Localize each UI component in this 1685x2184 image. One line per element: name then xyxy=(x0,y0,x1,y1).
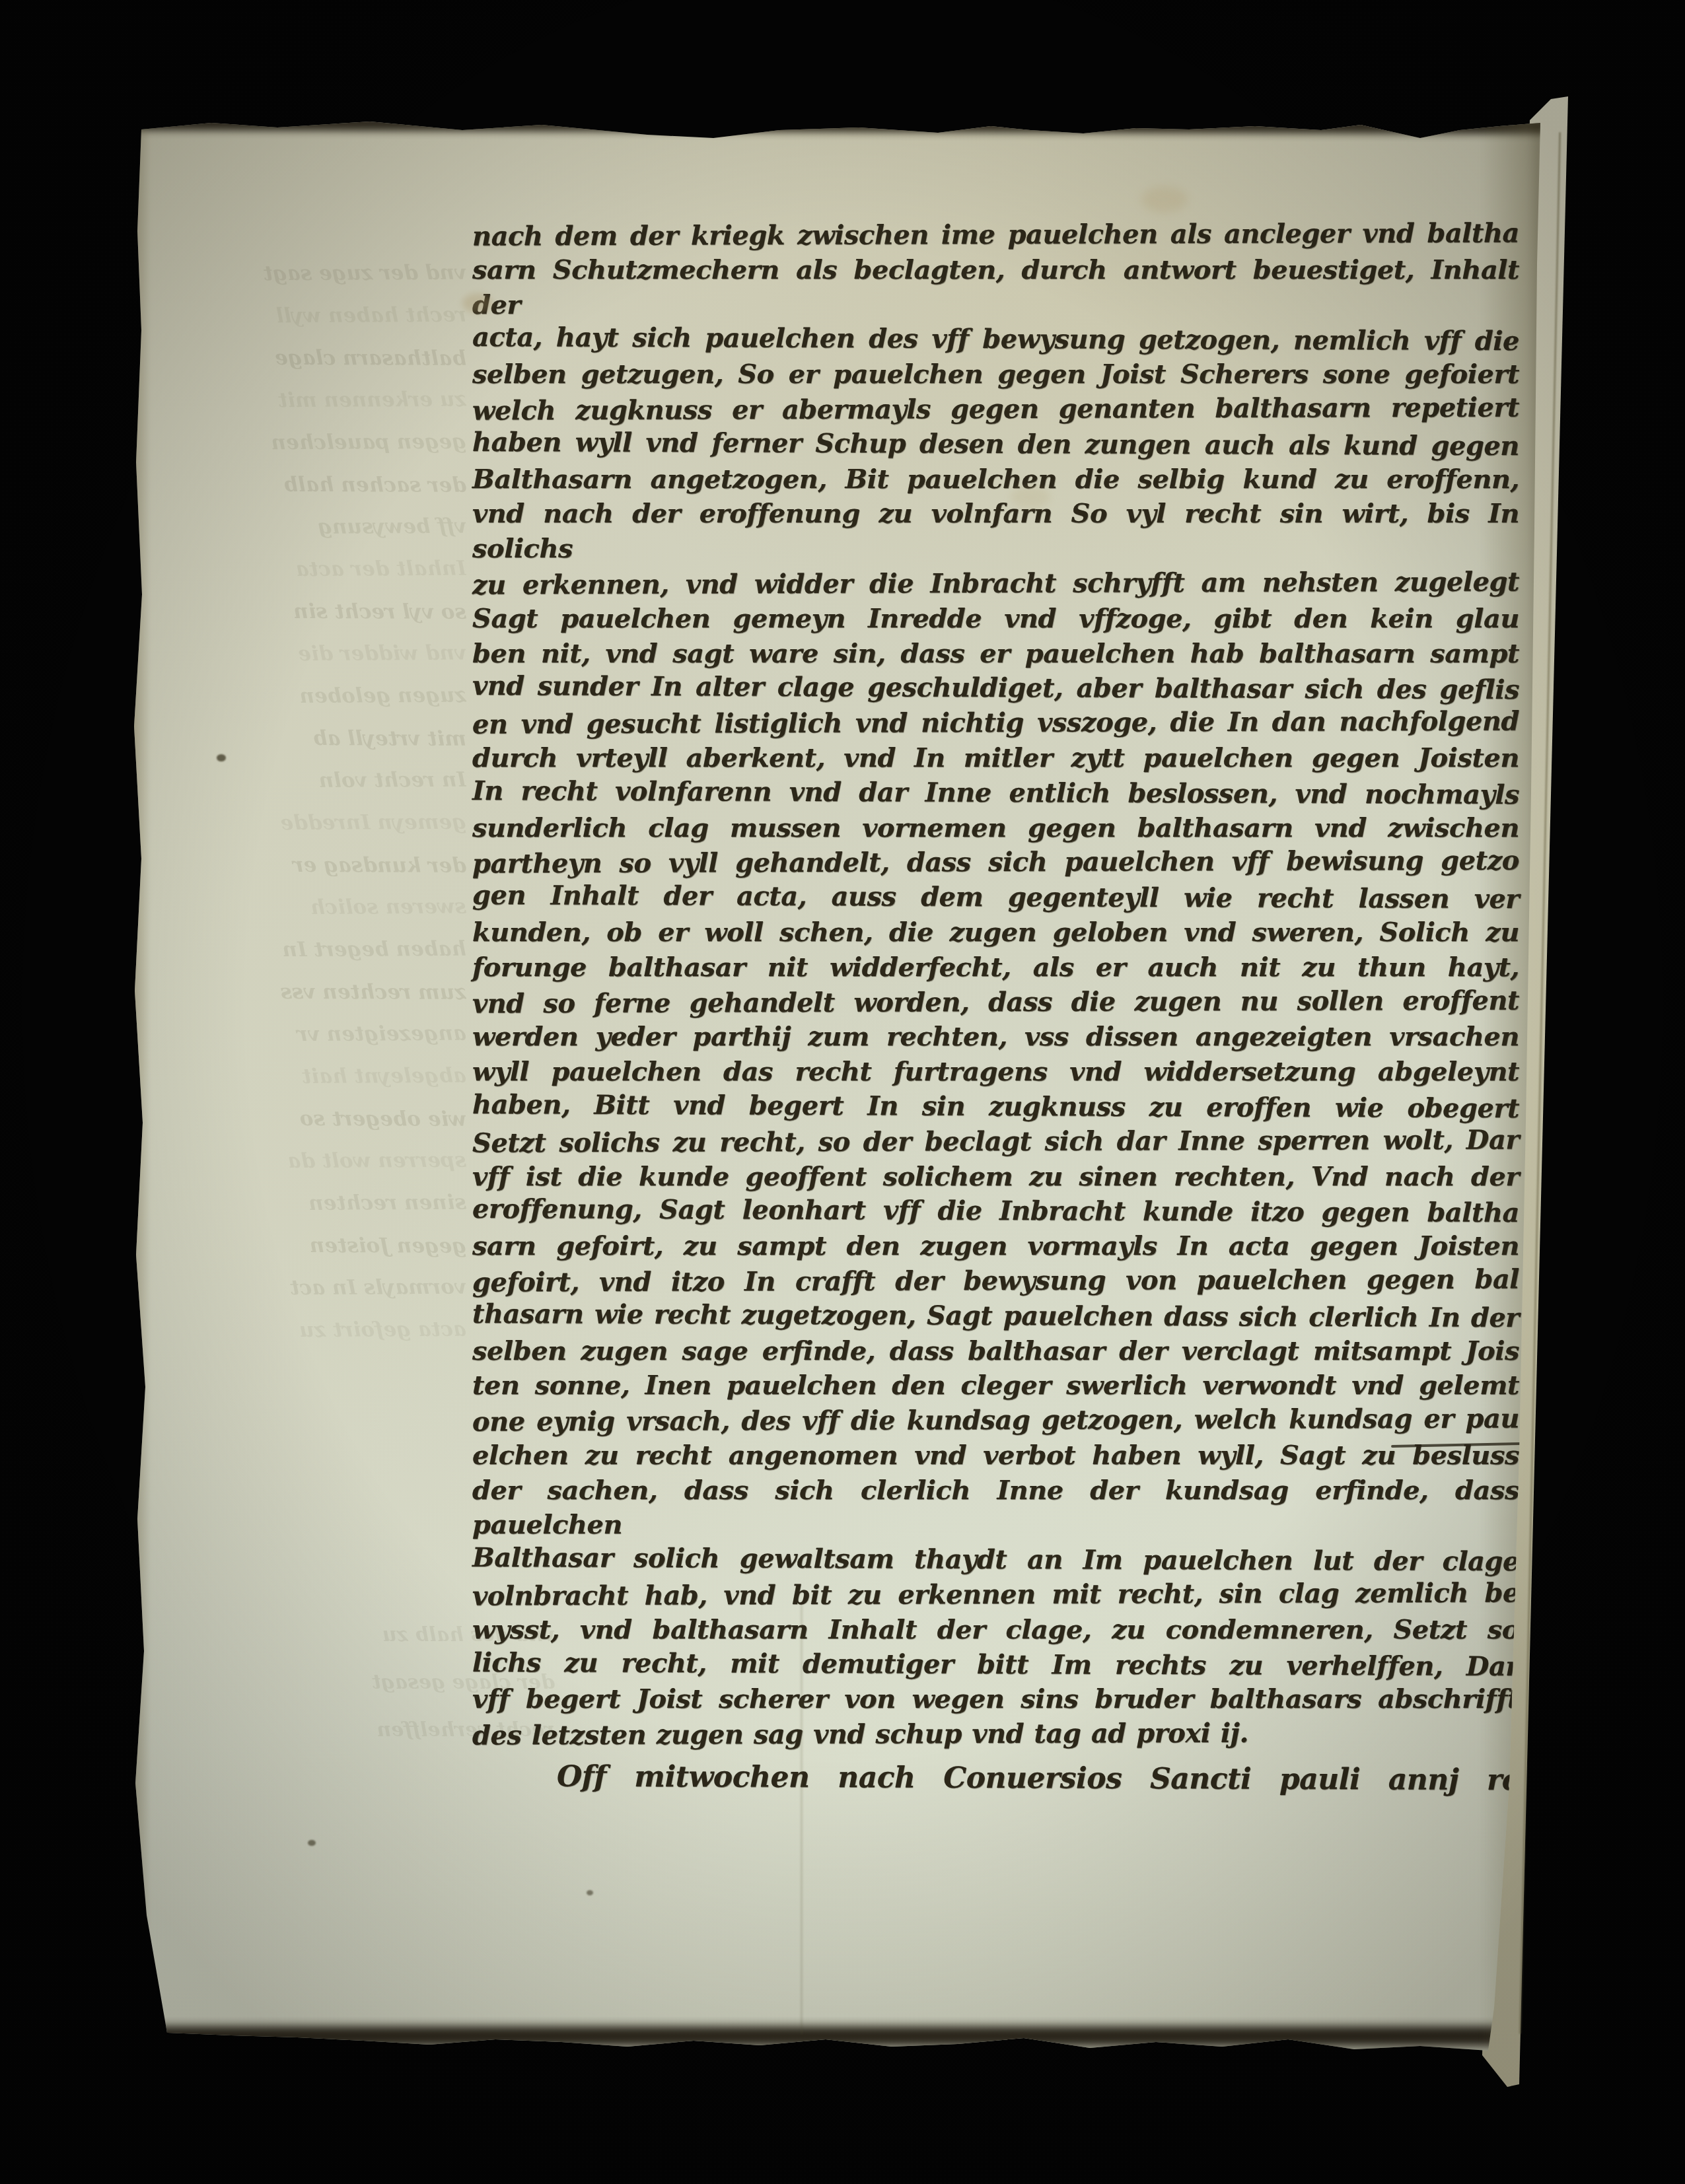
manuscript-line: vnd nach der eroffenung zu volnfarn So v… xyxy=(472,497,1519,567)
manuscript-line: Setzt solichs zu recht, so der beclagt s… xyxy=(472,1123,1519,1161)
bleedthrough-line: vnd widder die xyxy=(156,632,466,676)
bleedthrough-line: sinen rechten xyxy=(156,1181,466,1225)
bleedthrough-line: vnd der zuge sagt xyxy=(156,252,466,295)
photo-background: vnd der zuge sagtrecht haben wyllbalthas… xyxy=(0,0,1685,2184)
manuscript-text-block: nach dem der kriegk zwischen ime pauelch… xyxy=(472,218,1519,1796)
manuscript-line: Balthasar solich gewaltsam thaydt an Im … xyxy=(472,1541,1519,1580)
bleedthrough-line: zu erkennen mit xyxy=(156,378,466,422)
foxing-stain xyxy=(1011,486,1050,509)
bleedthrough-line: angezeigten vr xyxy=(156,1012,466,1056)
bleedthrough-line: gegen Joisten xyxy=(156,1224,466,1267)
foxing-stain xyxy=(1141,186,1188,213)
manuscript-line: eroffenung, Sagt leonhart vff die Inbrac… xyxy=(472,1192,1519,1231)
manuscript-line: gen Inhalt der acta, auss dem gegenteyll… xyxy=(472,878,1519,917)
manuscript-line: kunden, ob er woll schen, die zugen gelo… xyxy=(472,915,1519,950)
manuscript-line: zu erkennen, vnd widder die Inbracht sch… xyxy=(472,565,1519,603)
bleedthrough-line: acta gefoirt zu xyxy=(156,1308,466,1352)
bleedthrough-line: vormayls In act xyxy=(156,1266,466,1310)
bleedthrough-line: so vyl recht sin xyxy=(156,590,466,633)
bleedthrough-line: vff bewysung xyxy=(156,505,466,549)
bleedthrough-line: mit vrteyll ab xyxy=(156,717,466,760)
foxing-stain xyxy=(462,293,493,313)
bleedthrough-line: recht haben wyll xyxy=(156,294,466,337)
manuscript-line: Off mitwochen nach Conuersios Sancti pau… xyxy=(472,1759,1519,1798)
manuscript-line: vff begert Joist scherer von wegen sins … xyxy=(472,1682,1519,1717)
manuscript-line: nach dem der kriegk zwischen ime pauelch… xyxy=(472,217,1519,255)
manuscript-line: wysst, vnd balthasarn Inhalt der clage, … xyxy=(472,1613,1519,1648)
torn-edge-top xyxy=(132,114,1546,134)
fold-crease xyxy=(801,1605,803,2034)
manuscript-page: vnd der zuge sagtrecht haben wyllbalthas… xyxy=(0,0,1685,2184)
bleedthrough-line: zum rechten vss xyxy=(156,970,466,1014)
bleedthrough-line: abgeleynt hait xyxy=(156,1055,466,1098)
manuscript-line: Sagt pauelchen gemeyn Inredde vnd vffzog… xyxy=(472,602,1519,637)
manuscript-line: ten sonne, Inen pauelchen den cleger swe… xyxy=(472,1368,1519,1403)
manuscript-line: der sachen, dass sich clerlich Inne der … xyxy=(472,1473,1519,1543)
bleedthrough-line: der sachen halb xyxy=(156,463,466,507)
manuscript-line: volnbracht hab, vnd bit zu erkennen mit … xyxy=(472,1576,1519,1615)
torn-edge-bottom xyxy=(152,2026,1499,2046)
bleedthrough-line: In recht voln xyxy=(156,759,466,802)
ink-stain xyxy=(587,1890,593,1895)
manuscript-line: vnd so ferne gehandelt worden, dass die … xyxy=(472,983,1519,1022)
manuscript-line: wyll pauelchen das recht furtragens vnd … xyxy=(472,1055,1519,1090)
manuscript-line: lichs zu recht, mit demutiger bitt Im re… xyxy=(472,1646,1519,1685)
manuscript-line: Balthasarn angetzogen, Bit pauelchen die… xyxy=(472,462,1519,497)
manuscript-line: elchen zu recht angenomen vnd verbot hab… xyxy=(472,1438,1519,1473)
bleedthrough-column: vnd der zuge sagtrecht haben wyllbalthas… xyxy=(156,252,466,1351)
bleedthrough-line: der kundsag er xyxy=(156,843,466,887)
manuscript-line: haben, Bitt vnd begert In sin zugknuss z… xyxy=(472,1088,1519,1127)
bleedthrough-line: gegen pauelchen xyxy=(156,421,466,464)
manuscript-line: one eynig vrsach, des vff die kundsag ge… xyxy=(472,1402,1519,1440)
manuscript-line: haben wyll vnd ferner Schup desen den zu… xyxy=(472,425,1519,464)
manuscript-line: vnd sunder In alter clage geschuldiget, … xyxy=(472,669,1519,708)
manuscript-line: des letzsten zugen sag vnd schup vnd tag… xyxy=(472,1716,1519,1754)
manuscript-line: In recht volnfarenn vnd dar Inne entlich… xyxy=(472,774,1519,813)
bleedthrough-line: haben begert In xyxy=(156,928,466,971)
manuscript-line: sarn Schutzmechern als beclagten, durch … xyxy=(472,253,1519,323)
manuscript-line: durch vrteyll aberkent, vnd In mitler zy… xyxy=(472,741,1519,776)
manuscript-line: partheyn so vyll gehandelt, dass sich pa… xyxy=(472,844,1519,882)
ink-stain xyxy=(217,754,226,761)
manuscript-line: sarn gefoirt, zu sampt den zugen vormayl… xyxy=(472,1229,1519,1264)
bleedthrough-line: gemeyn Inredde xyxy=(156,801,466,845)
manuscript-line: thasarn wie recht zugetzogen, Sagt pauel… xyxy=(472,1297,1519,1336)
manuscript-line: acta, hayt sich pauelchen des vff bewysu… xyxy=(472,320,1519,359)
manuscript-line: gefoirt, vnd itzo In crafft der bewysung… xyxy=(472,1262,1519,1300)
bleedthrough-line: balthasarn clage xyxy=(156,336,466,380)
bleedthrough-line: wie obegert so xyxy=(156,1097,466,1141)
manuscript-line: ben nit, vnd sagt ware sin, dass er paue… xyxy=(472,637,1519,672)
bleedthrough-line: zugen geloben xyxy=(156,674,466,718)
manuscript-line: vff ist die kunde geoffent solichem zu s… xyxy=(472,1160,1519,1195)
deckle-edge-left xyxy=(131,119,151,2037)
manuscript-line: selben getzugen, So er pauelchen gegen J… xyxy=(472,357,1519,392)
manuscript-line: welch zugknuss er abermayls gegen genant… xyxy=(472,390,1519,429)
bleedthrough-line: sperren wolt da xyxy=(156,1139,466,1183)
bleedthrough-line: Inhalt der acta xyxy=(156,547,466,591)
ink-stain xyxy=(308,1840,316,1846)
manuscript-line: forunge balthasar nit widderfecht, als e… xyxy=(472,950,1519,985)
manuscript-line: werden yeder parthij zum rechten, vss di… xyxy=(472,1020,1519,1055)
manuscript-line: sunderlich clag mussen vornemen gegen ba… xyxy=(472,811,1519,846)
bleedthrough-line: sweren solich xyxy=(156,886,466,929)
manuscript-line: selben zugen sage erfinde, dass balthasa… xyxy=(472,1334,1519,1369)
manuscript-line: en vnd gesucht listiglich vnd nichtig vs… xyxy=(472,705,1519,743)
